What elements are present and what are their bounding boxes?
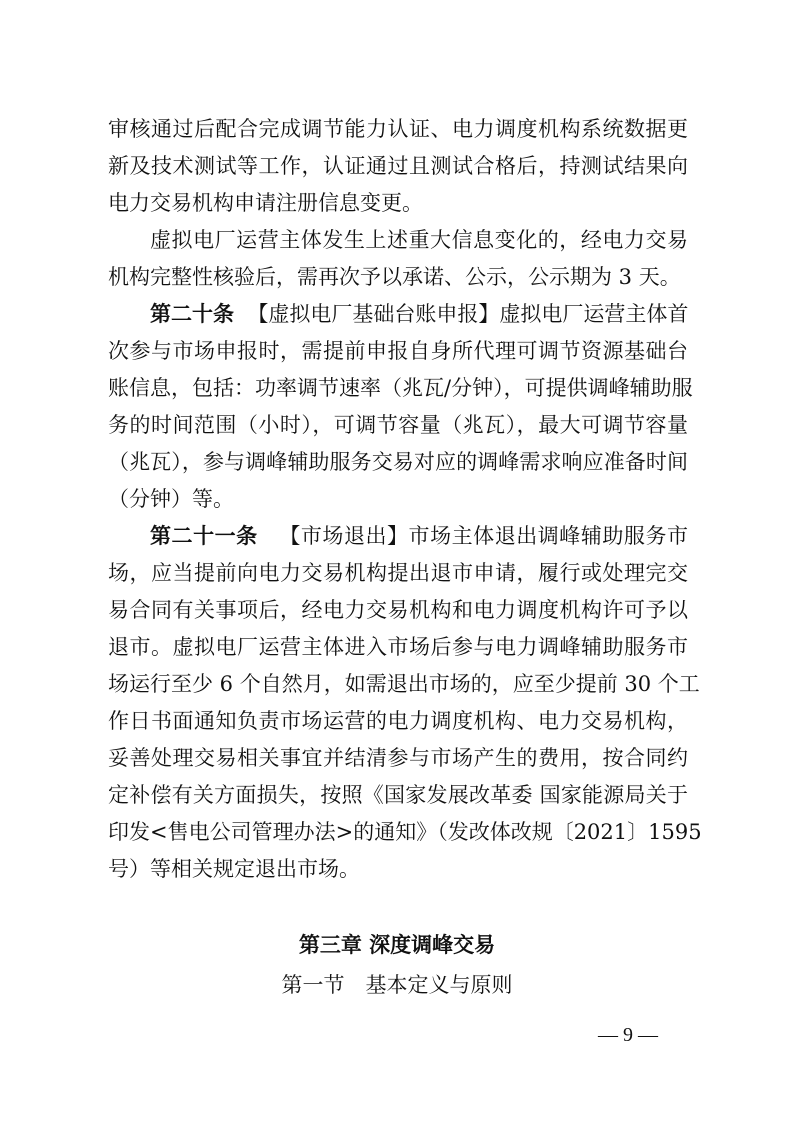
paragraph-line: （兆瓦），参与调峰辅助服务交易对应的调峰需求响应准备时间 — [108, 444, 688, 481]
document-page: 审核通过后配合完成调节能力认证、电力调度机构系统数据更 新及技术测试等工作，认证… — [0, 0, 794, 1123]
article-20-first-line: 第二十条 【虚拟电厂基础台账申报】虚拟电厂运营主体首 — [108, 296, 688, 333]
paragraph-line: 电力交易机构申请注册信息变更。 — [108, 185, 688, 222]
section-title: 第一节 基本定义与原则 — [0, 967, 794, 1003]
paragraph-line: 虚拟电厂运营主体发生上述重大信息变化的，经电力交易 — [108, 222, 688, 259]
paragraph-line: 审核通过后配合完成调节能力认证、电力调度机构系统数据更 — [108, 111, 688, 148]
article-21-first-line: 第二十一条 【市场退出】市场主体退出调峰辅助服务市 — [108, 518, 688, 555]
paragraph-line: 作日书面通知负责市场运营的电力调度机构、电力交易机构， — [108, 703, 688, 740]
paragraph-line: 易合同有关事项后，经电力交易机构和电力调度机构许可予以 — [108, 592, 688, 629]
article-heading-text: 【虚拟电厂基础台账申报】虚拟电厂运营主体首 — [247, 302, 688, 326]
paragraph-line: 机构完整性核验后，需再次予以承诺、公示，公示期为 3 天。 — [108, 259, 688, 296]
document-body: 审核通过后配合完成调节能力认证、电力调度机构系统数据更 新及技术测试等工作，认证… — [108, 111, 688, 888]
paragraph-line: 定补偿有关方面损失，按照《国家发展改革委 国家能源局关于 — [108, 777, 688, 814]
paragraph-line: 印发<售电公司管理办法>的通知》（发改体改规〔2021〕1595 — [108, 814, 688, 851]
paragraph-line: 妥善处理交易相关事宜并结清参与市场产生的费用，按合同约 — [108, 740, 688, 777]
article-heading-text: 【市场退出】市场主体退出调峰辅助服务市 — [279, 524, 688, 548]
article-label: 第二十条 — [150, 302, 234, 326]
paragraph-line: 号）等相关规定退出市场。 — [108, 851, 688, 888]
paragraph-line: 新及技术测试等工作，认证通过且测试合格后，持测试结果向 — [108, 148, 688, 185]
paragraph-line: 场运行至少 6 个自然月，如需退出市场的，应至少提前 30 个工 — [108, 666, 688, 703]
paragraph-line: 账信息，包括：功率调节速率（兆瓦/分钟），可提供调峰辅助服 — [108, 370, 688, 407]
paragraph-line: 退市。虚拟电厂运营主体进入市场后参与电力调峰辅助服务市 — [108, 629, 688, 666]
chapter-title: 第三章 深度调峰交易 — [0, 927, 794, 963]
article-label: 第二十一条 — [150, 524, 258, 548]
page-number: — 9 — — [598, 1020, 658, 1050]
paragraph-line: 次参与市场申报时，需提前申报自身所代理可调节资源基础台 — [108, 333, 688, 370]
paragraph-line: （分钟）等。 — [108, 481, 688, 518]
paragraph-line: 务的时间范围（小时），可调节容量（兆瓦），最大可调节容量 — [108, 407, 688, 444]
paragraph-line: 场，应当提前向电力交易机构提出退市申请，履行或处理完交 — [108, 555, 688, 592]
